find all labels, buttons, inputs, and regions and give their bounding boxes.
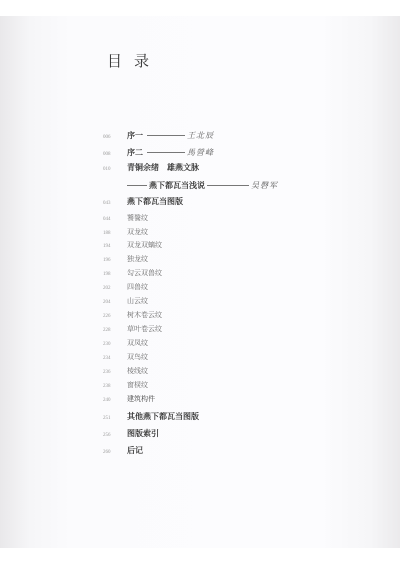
page-number: 238 <box>103 384 127 389</box>
page-title: 目录 <box>107 50 161 71</box>
page-number: 044 <box>103 217 127 222</box>
entry-label: 双龙纹 <box>127 227 148 237</box>
toc-entry: 043 燕下都瓦当图版 <box>103 196 183 207</box>
toc-entry: 251 其他燕下都瓦当图版 <box>103 411 199 422</box>
toc-entry: 238 窗棂纹 <box>103 380 148 390</box>
entry-author: 馬營峰 <box>187 147 214 158</box>
toc-entry: 256 图版索引 <box>103 428 159 439</box>
page-number: 202 <box>103 286 127 291</box>
page-number: 236 <box>103 370 127 375</box>
toc-entry: 236 棱线纹 <box>103 366 148 376</box>
leader-dash <box>207 185 249 186</box>
document-page: 目录 006 序一 王北辰 008 序二 馬營峰 010 青铜余绪 雄燕文脉 燕… <box>0 16 400 548</box>
page-number: 043 <box>103 201 127 206</box>
page-number: 228 <box>103 328 127 333</box>
toc-entry: 044 饕餮纹 <box>103 213 148 223</box>
leader-dash <box>147 135 185 136</box>
entry-author: 王北辰 <box>187 130 214 141</box>
page-number: 240 <box>103 398 127 403</box>
toc-entry: 006 序一 王北辰 <box>103 130 214 141</box>
toc-entry: 198 勾云双兽纹 <box>103 268 162 278</box>
entry-label: 四兽纹 <box>127 282 148 292</box>
toc-entry: 240 建筑构件 <box>103 394 155 404</box>
toc-entry: 260 后记 <box>103 445 143 456</box>
entry-label: 双凤纹 <box>127 338 148 348</box>
toc-entry: 196 独龙纹 <box>103 254 148 264</box>
page-number: 196 <box>103 258 127 263</box>
leader-dash <box>127 185 147 186</box>
toc-entry: 226 树木卷云纹 <box>103 310 162 320</box>
entry-label: 饕餮纹 <box>127 213 148 223</box>
entry-label: 棱线纹 <box>127 366 148 376</box>
page-number: 010 <box>103 167 127 172</box>
page-number: 006 <box>103 135 127 140</box>
entry-label: 双龙双螭纹 <box>127 240 162 250</box>
entry-label: 其他燕下都瓦当图版 <box>127 411 199 422</box>
entry-label: 后记 <box>127 445 143 456</box>
entry-label: 燕下都瓦当图版 <box>127 196 183 207</box>
entry-label: 图版索引 <box>127 428 159 439</box>
entry-label: 树木卷云纹 <box>127 310 162 320</box>
toc-entry: 燕下都瓦当浅说 吴磬军 <box>127 180 278 191</box>
toc-entry: 194 双龙双螭纹 <box>103 240 162 250</box>
entry-label: 双鸟纹 <box>127 352 148 362</box>
page-number: 008 <box>103 152 127 157</box>
entry-label: 序一 <box>127 130 143 141</box>
toc-entry: 202 四兽纹 <box>103 282 148 292</box>
entry-label: 窗棂纹 <box>127 380 148 390</box>
entry-label: 建筑构件 <box>127 394 155 404</box>
toc-entry: 008 序二 馬營峰 <box>103 147 214 158</box>
page-number: 256 <box>103 433 127 438</box>
page-number: 198 <box>103 272 127 277</box>
toc-entry: 228 草叶卷云纹 <box>103 324 162 334</box>
page-number: 204 <box>103 300 127 305</box>
toc-entry: 188 双龙纹 <box>103 227 148 237</box>
page-number: 251 <box>103 416 127 421</box>
entry-label: 燕下都瓦当浅说 <box>149 180 205 191</box>
entry-author: 吴磬军 <box>251 180 278 191</box>
toc-entry: 230 双凤纹 <box>103 338 148 348</box>
entry-label: 山云纹 <box>127 296 148 306</box>
page-number: 188 <box>103 231 127 236</box>
page-number: 194 <box>103 244 127 249</box>
toc-entry: 234 双鸟纹 <box>103 352 148 362</box>
page-number: 230 <box>103 342 127 347</box>
toc-entry: 010 青铜余绪 雄燕文脉 <box>103 162 199 173</box>
page-number: 234 <box>103 356 127 361</box>
entry-label: 独龙纹 <box>127 254 148 264</box>
toc-entry: 204 山云纹 <box>103 296 148 306</box>
page-number: 226 <box>103 314 127 319</box>
entry-label: 序二 <box>127 147 143 158</box>
leader-dash <box>147 152 185 153</box>
page-number: 260 <box>103 450 127 455</box>
entry-label: 草叶卷云纹 <box>127 324 162 334</box>
entry-label: 青铜余绪 雄燕文脉 <box>127 162 199 173</box>
entry-label: 勾云双兽纹 <box>127 268 162 278</box>
